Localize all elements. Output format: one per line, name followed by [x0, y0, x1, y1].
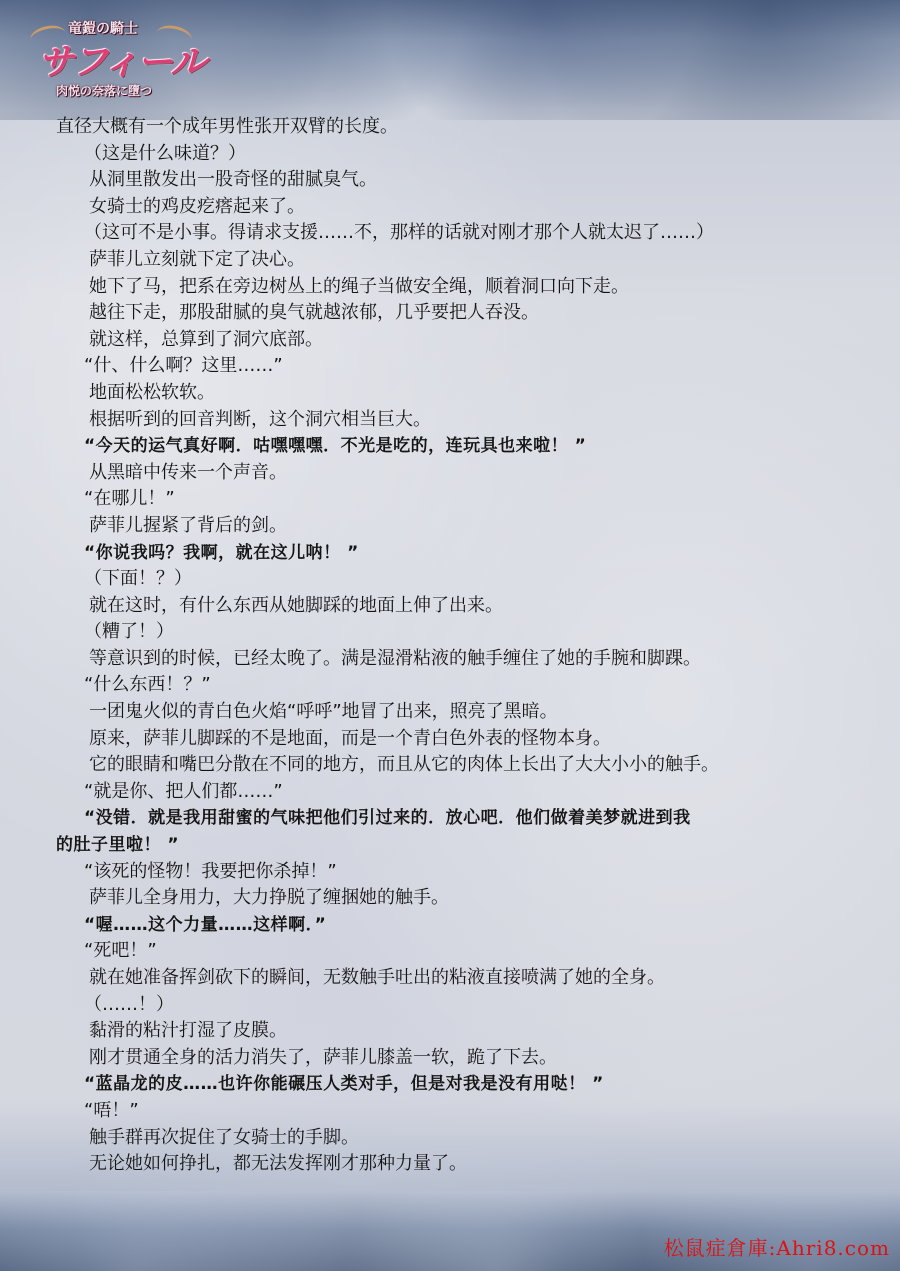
story-line: 等意识到的时候，已经太晚了。满是湿滑粘液的触手缠住了她的手腕和脚踝。 [56, 646, 846, 673]
story-line: “唔！” [56, 1098, 846, 1125]
story-line: 就在她准备挥剑砍下的瞬间，无数触手吐出的粘液直接喷满了她的全身。 [56, 965, 846, 992]
story-line: “就是你、把人们都……” [56, 779, 846, 806]
story-line: （糟了！） [56, 619, 846, 646]
story-line: 一团鬼火似的青白色火焰“呼呼”地冒了出来，照亮了黑暗。 [56, 699, 846, 726]
story-line: 它的眼睛和嘴巴分散在不同的地方，而且从它的肉体上长出了大大小小的触手。 [56, 752, 846, 779]
story-text-body: 直径大概有一个成年男性张开双臂的长度。（这是什么味道？）从洞里散发出一股奇怪的甜… [56, 114, 846, 1178]
story-line: 根据听到的回音判断，这个洞穴相当巨大。 [56, 407, 846, 434]
story-line: “喔……这个力量……这样啊．” [56, 912, 846, 939]
story-line: “死吧！” [56, 938, 846, 965]
story-line: 触手群再次捉住了女骑士的手脚。 [56, 1125, 846, 1152]
story-line: 刚才贯通全身的活力消失了，萨菲儿膝盖一软，跪了下去。 [56, 1045, 846, 1072]
story-line: （……！） [56, 992, 846, 1019]
story-line: “今天的运气真好啊．咕嘿嘿嘿．不光是吃的，连玩具也来啦！ ” [56, 433, 846, 460]
story-line: 萨菲儿立刻就下定了决心。 [56, 247, 846, 274]
story-line: 萨菲儿全身用力，大力挣脱了缠捆她的触手。 [56, 885, 846, 912]
story-line: 从黑暗中传来一个声音。 [56, 460, 846, 487]
story-line: “你说我吗？我啊，就在这儿呐！ ” [56, 540, 846, 567]
logo-title-main: サフィール [38, 34, 204, 85]
story-line: 地面松松软软。 [56, 380, 846, 407]
story-line: “什么东西！？” [56, 672, 846, 699]
story-line: 原来，萨菲儿脚踩的不是地面，而是一个青白色外表的怪物本身。 [56, 726, 846, 753]
story-line: 越往下走，那股甜腻的臭气就越浓郁，几乎要把人吞没。 [56, 300, 846, 327]
logo-title-bottom: 肉悦の奈落に墮つ [56, 82, 152, 99]
story-line: （这可不是小事。得请求支援……不，那样的话就对刚才那个人就太迟了……） [56, 220, 846, 247]
story-line: 她下了马，把系在旁边树丛上的绳子当做安全绳，顺着洞口向下走。 [56, 274, 846, 301]
story-line: 萨菲儿握紧了背后的剑。 [56, 513, 846, 540]
story-line: “在哪儿！” [56, 486, 846, 513]
story-line: 女骑士的鸡皮疙瘩起来了。 [56, 194, 846, 221]
story-line: “没错．就是我用甜蜜的气味把他们引过来的．放心吧．他们做着美梦就进到我 [56, 805, 846, 832]
game-logo: 竜鎧の騎士 サフィール 肉悦の奈落に墮つ [28, 12, 178, 98]
story-line: （下面！？） [56, 566, 846, 593]
story-line: 的肚子里啦！ ” [56, 832, 846, 859]
story-line: “蓝晶龙的皮……也许你能碾压人类对手，但是对我是没有用哒！ ” [56, 1071, 846, 1098]
story-line: 从洞里散发出一股奇怪的甜腻臭气。 [56, 167, 846, 194]
site-watermark: 松鼠症倉庫:Ahri8.com [664, 1232, 890, 1261]
story-line: 就这样，总算到了洞穴底部。 [56, 327, 846, 354]
story-line: “什、什么啊？这里……” [56, 353, 846, 380]
story-line: 无论她如何挣扎，都无法发挥刚才那种力量了。 [56, 1151, 846, 1178]
story-line: 直径大概有一个成年男性张开双臂的长度。 [56, 114, 846, 141]
story-line: 就在这时，有什么东西从她脚踩的地面上伸了出来。 [56, 593, 846, 620]
story-line: （这是什么味道？） [56, 141, 846, 168]
story-line: “该死的怪物！我要把你杀掉！” [56, 859, 846, 886]
story-line: 黏滑的粘汁打湿了皮膜。 [56, 1018, 846, 1045]
